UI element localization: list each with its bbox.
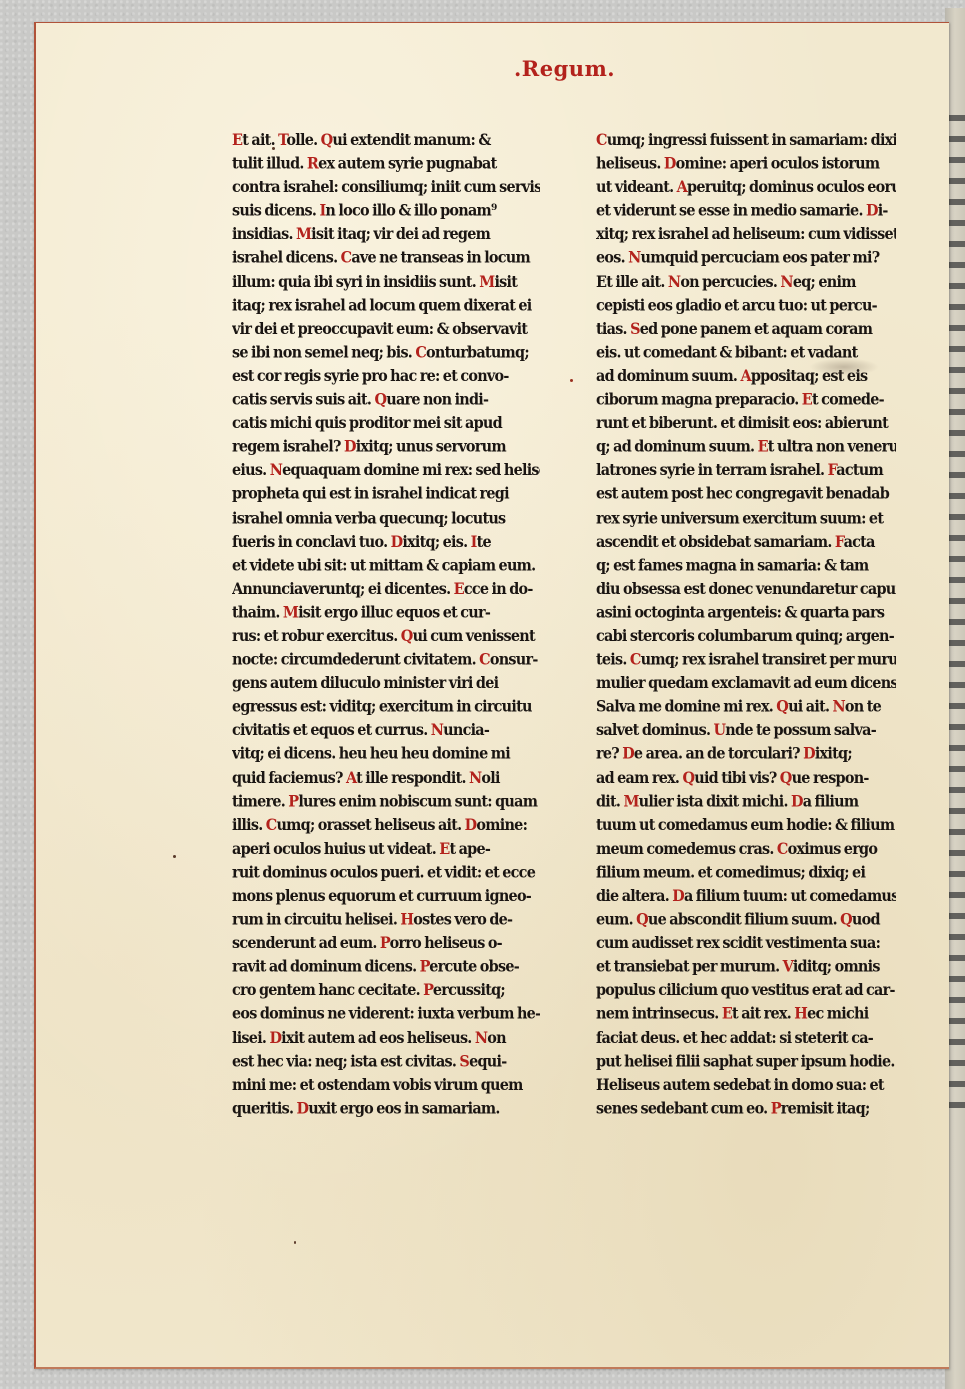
adjacent-text-stub bbox=[949, 304, 965, 310]
text-line: ravit ad dominum dicens. Percute obse- bbox=[232, 955, 540, 979]
text-line: dit. Mulier ista dixit michi. Da filium bbox=[596, 790, 896, 814]
text-line: lisei. Dixit autem ad eos heliseus. Non bbox=[232, 1026, 540, 1050]
adjacent-text-stub bbox=[949, 577, 965, 583]
text-line: cro gentem hanc cecitate. Percussitq; bbox=[232, 979, 540, 1003]
text-line: ad eam rex. Quid tibi vis? Que respon- bbox=[596, 766, 896, 790]
text-line: q; est fames magna in samaria: & tam bbox=[596, 553, 896, 577]
text-line: est autem post hec congregavit benadab bbox=[596, 482, 896, 506]
text-line: put helisei filii saphat super ipsum hod… bbox=[596, 1049, 896, 1073]
text-line: contra israhel: consiliumq; iniit cum se… bbox=[232, 175, 540, 199]
adjacent-text-stub bbox=[949, 1018, 965, 1024]
text-line: salvet dominus. Unde te possum salva- bbox=[596, 719, 896, 743]
text-line: egressus est: viditq; exercitum in circu… bbox=[232, 695, 540, 719]
text-line: q; ad dominum suum. Et ultra non venerun… bbox=[596, 435, 896, 459]
adjacent-text-stub bbox=[949, 472, 965, 478]
text-line: israhel dicens. Cave ne transeas in locu… bbox=[232, 246, 540, 270]
text-column-right: Cumq; ingressi fuissent in samariam: dix… bbox=[596, 128, 896, 1120]
adjacent-text-stub bbox=[949, 850, 965, 856]
text-line: mulier quedam exclamavit ad eum dicens. bbox=[596, 671, 896, 695]
text-line: thaim. Misit ergo illuc equos et cur- bbox=[232, 601, 540, 625]
adjacent-text-stub bbox=[949, 640, 965, 646]
text-line: eius. Nequaquam domine mi rex: sed helis… bbox=[232, 459, 540, 483]
page-speck bbox=[570, 379, 573, 382]
text-line: asini octoginta argenteis: & quarta pars bbox=[596, 601, 896, 625]
text-line: vir dei et preoccupavit eum: & observavi… bbox=[232, 317, 540, 341]
text-line: cabi stercoris columbarum quinq; argen- bbox=[596, 624, 896, 648]
text-line: fueris in conclavi tuo. Dixitq; eis. Ite bbox=[232, 530, 540, 554]
text-line: vitq; ei dicens. heu heu heu domine mi bbox=[232, 742, 540, 766]
adjacent-text-stub bbox=[949, 157, 965, 163]
text-line: senes sedebant cum eo. Premisit itaq; bbox=[596, 1097, 896, 1121]
text-column-left: Et ait. Tolle. Qui extendit manum: &tuli… bbox=[232, 128, 540, 1120]
text-line: Heliseus autem sedebat in domo sua: et bbox=[596, 1073, 896, 1097]
page-speck bbox=[173, 855, 176, 858]
text-line: rus: et robur exercitus. Qui cum venisse… bbox=[232, 624, 540, 648]
text-line: nocte: circumdederunt civitatem. Consur- bbox=[232, 648, 540, 672]
page-speck bbox=[294, 1241, 296, 1244]
text-line: suis dicens. In loco illo & illo ponam⁹ bbox=[232, 199, 540, 223]
adjacent-text-stub bbox=[949, 745, 965, 751]
text-line: civitatis et equos et currus. Nuncia- bbox=[232, 719, 540, 743]
text-line: nem intrinsecus. Et ait rex. Hec michi bbox=[596, 1002, 896, 1026]
text-line: rum in circuitu helisei. Hostes vero de- bbox=[232, 908, 540, 932]
text-line: eos. Numquid percuciam eos pater mi? bbox=[596, 246, 896, 270]
text-line: Annunciaveruntq; ei dicentes. Ecce in do… bbox=[232, 577, 540, 601]
text-line: ruit dominus oculos pueri. et vidit: et … bbox=[232, 860, 540, 884]
adjacent-text-stub bbox=[949, 136, 965, 142]
text-line: est cor regis syrie pro hac re: et convo… bbox=[232, 364, 540, 388]
text-line: filium meum. et comedimus; dixiq; ei bbox=[596, 860, 896, 884]
adjacent-text-stub bbox=[949, 388, 965, 394]
adjacent-text-stub bbox=[949, 808, 965, 814]
adjacent-text-stub bbox=[949, 430, 965, 436]
adjacent-text-stub bbox=[949, 976, 965, 982]
adjacent-text-stub bbox=[949, 766, 965, 772]
adjacent-text-stub bbox=[949, 178, 965, 184]
text-line: aperi oculos huius ut videat. Et ape- bbox=[232, 837, 540, 861]
text-line: tulit illud. Rex autem syrie pugnabat bbox=[232, 152, 540, 176]
adjacent-text-stub bbox=[949, 955, 965, 961]
adjacent-text-stub bbox=[949, 535, 965, 541]
text-line: heliseus. Domine: aperi oculos istorum bbox=[596, 152, 896, 176]
text-line: catis servis suis ait. Quare non indi- bbox=[232, 388, 540, 412]
text-line: Salva me domine mi rex. Qui ait. Non te bbox=[596, 695, 896, 719]
text-line: se ibi non semel neq; bis. Conturbatumq; bbox=[232, 341, 540, 365]
page-stain bbox=[809, 358, 879, 376]
text-line: Et ille ait. Non percucies. Neq; enim bbox=[596, 270, 896, 294]
text-line: ut videant. Aperuitq; dominus oculos eor… bbox=[596, 175, 896, 199]
text-line: Et ait. Tolle. Qui extendit manum: & bbox=[232, 128, 540, 152]
text-line: ascendit et obsidebat samariam. Facta bbox=[596, 530, 896, 554]
text-line: faciat deus. et hec addat: si steterit c… bbox=[596, 1026, 896, 1050]
adjacent-text-stub bbox=[949, 934, 965, 940]
adjacent-text-stub bbox=[949, 115, 965, 121]
text-line: cum audisset rex scidit vestimenta sua: bbox=[596, 931, 896, 955]
text-line: itaq; rex israhel ad locum quem dixerat … bbox=[232, 293, 540, 317]
page-speck bbox=[272, 147, 275, 150]
running-head: .Regum. bbox=[514, 56, 654, 81]
adjacent-text-stub bbox=[949, 514, 965, 520]
text-line: populus cilicium quo vestitus erat ad ca… bbox=[596, 979, 896, 1003]
adjacent-text-stub bbox=[949, 1102, 965, 1108]
text-line: tias. Sed pone panem et aquam coram bbox=[596, 317, 896, 341]
text-line: queritis. Duxit ergo eos in samariam. bbox=[232, 1097, 540, 1121]
text-line: insidias. Misit itaq; vir dei ad regem bbox=[232, 223, 540, 247]
text-line: gens autem diluculo minister viri dei bbox=[232, 671, 540, 695]
text-line: rex syrie universum exercitum suum: et bbox=[596, 506, 896, 530]
text-line: die altera. Da filium tuum: ut comedamus bbox=[596, 884, 896, 908]
text-line: meum comedemus cras. Coximus ergo bbox=[596, 837, 896, 861]
adjacent-text-stub bbox=[949, 619, 965, 625]
text-line: illis. Cumq; orasset heliseus ait. Domin… bbox=[232, 813, 540, 837]
adjacent-text-stub bbox=[949, 682, 965, 688]
text-line: diu obsessa est donec venundaretur caput bbox=[596, 577, 896, 601]
text-line: mini me: et ostendam vobis virum quem bbox=[232, 1073, 540, 1097]
text-line: est hec via: neq; ista est civitas. Sequ… bbox=[232, 1049, 540, 1073]
text-line: Cumq; ingressi fuissent in samariam: dix… bbox=[596, 128, 896, 152]
adjacent-text-stub bbox=[949, 283, 965, 289]
adjacent-text-stub bbox=[949, 409, 965, 415]
adjacent-text-stub bbox=[949, 997, 965, 1003]
adjacent-text-stub bbox=[949, 220, 965, 226]
adjacent-text-stub bbox=[949, 1081, 965, 1087]
adjacent-text-stub bbox=[949, 451, 965, 457]
adjacent-text-stub bbox=[949, 661, 965, 667]
adjacent-text-stub bbox=[949, 1060, 965, 1066]
text-line: eos dominus ne viderent: iuxta verbum he… bbox=[232, 1002, 540, 1026]
text-line: et videte ubi sit: ut mittam & capiam eu… bbox=[232, 553, 540, 577]
adjacent-text-stub bbox=[949, 199, 965, 205]
adjacent-text-stub bbox=[949, 556, 965, 562]
adjacent-text-stub bbox=[949, 703, 965, 709]
text-line: re? De area. an de torculari? Dixitq; bbox=[596, 742, 896, 766]
text-line: mons plenus equorum et curruum igneo- bbox=[232, 884, 540, 908]
text-line: et viderunt se esse in medio samarie. Di… bbox=[596, 199, 896, 223]
text-line: propheta qui est in israhel indicat regi bbox=[232, 482, 540, 506]
text-line: regem israhel? Dixitq; unus servorum bbox=[232, 435, 540, 459]
text-line: cepisti eos gladio et arcu tuo: ut percu… bbox=[596, 293, 896, 317]
text-line: et transiebat per murum. Viditq; omnis bbox=[596, 955, 896, 979]
text-line: illum: quia ibi syri in insidiis sunt. M… bbox=[232, 270, 540, 294]
adjacent-text-stub bbox=[949, 241, 965, 247]
adjacent-text-stub bbox=[949, 367, 965, 373]
text-line: xitq; rex israhel ad heliseum: cum vidis… bbox=[596, 223, 896, 247]
adjacent-text-stub bbox=[949, 493, 965, 499]
adjacent-text-stub bbox=[949, 724, 965, 730]
text-line: catis michi quis proditor mei sit apud bbox=[232, 412, 540, 436]
adjacent-text-stub bbox=[949, 892, 965, 898]
adjacent-text-stub bbox=[949, 346, 965, 352]
text-line: runt et biberunt. et dimisit eos: abieru… bbox=[596, 412, 896, 436]
text-line: latrones syrie in terram israhel. Factum bbox=[596, 459, 896, 483]
manuscript-leaf: .Regum. Et ait. Tolle. Qui extendit manu… bbox=[34, 22, 949, 1369]
text-line: israhel omnia verba quecunq; locutus bbox=[232, 506, 540, 530]
text-line: tuum ut comedamus eum hodie: & filium bbox=[596, 813, 896, 837]
adjacent-text-stub bbox=[949, 1039, 965, 1045]
adjacent-text-stub bbox=[949, 262, 965, 268]
adjacent-text-stub bbox=[949, 829, 965, 835]
text-line: quid faciemus? At ille respondit. Noli bbox=[232, 766, 540, 790]
text-line: timere. Plures enim nobiscum sunt: quam … bbox=[232, 790, 540, 814]
adjacent-text-stub bbox=[949, 598, 965, 604]
adjacent-text-stub bbox=[949, 787, 965, 793]
text-line: scenderunt ad eum. Porro heliseus o- bbox=[232, 931, 540, 955]
adjacent-text-stub bbox=[949, 325, 965, 331]
adjacent-text-stub bbox=[949, 913, 965, 919]
text-line: teis. Cumq; rex israhel transiret per mu… bbox=[596, 648, 896, 672]
text-line: ciborum magna preparacio. Et comede- bbox=[596, 388, 896, 412]
text-line: eum. Que abscondit filium suum. Quod bbox=[596, 908, 896, 932]
adjacent-text-stub bbox=[949, 871, 965, 877]
